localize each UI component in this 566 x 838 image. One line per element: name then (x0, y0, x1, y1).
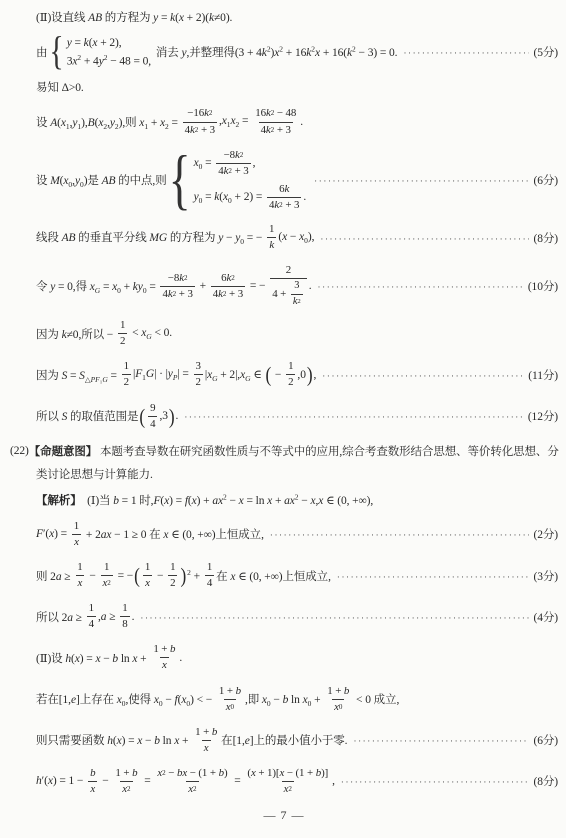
math-text: y0 = k(x0 + 2) = (194, 191, 265, 204)
fraction: 94 (148, 402, 157, 431)
line-19: 则只需要函数 h(x) = x − b ln x + 1 + bx在[1,e]上… (10, 726, 558, 755)
document-page: (Ⅱ)设直线 AB 的方程为 y = k(x + 2)(k≠0).由{y = k… (0, 0, 566, 825)
denominator: 8 (120, 616, 129, 631)
numerator: 1 + b (113, 767, 139, 781)
fraction: 12 (118, 319, 127, 348)
denominator: 2 (194, 374, 203, 389)
score-label: (6分) (533, 732, 558, 748)
numerator: 3 (292, 280, 301, 293)
fraction: 6k4k2 + 3 (267, 183, 301, 212)
math-text: ,x1x2 = (219, 115, 251, 128)
bold-label: 【解析】 (36, 492, 82, 508)
left-brace-icon: { (169, 147, 191, 214)
numerator: 1 + b (151, 643, 177, 657)
line-13: 【解析】 (Ⅰ)当 b = 1 时,F(x) = f(x) + ax2 − x … (10, 492, 558, 508)
fraction: 1 + bx0 (217, 685, 243, 714)
math-text: . (309, 280, 312, 292)
denominator: x (72, 534, 81, 549)
dot-leader: ········································… (320, 234, 529, 244)
denominator: x2 (101, 575, 113, 590)
left-brace-icon: { (49, 32, 63, 73)
fraction: 3k2 (291, 280, 303, 308)
math-text: − (272, 369, 284, 381)
equation-system: {x0 = −8k24k2 + 3,y0 = k(x0 + 2) = 6k4k2… (169, 149, 307, 212)
line-12: 类讨论思想与计算能力. (10, 466, 558, 482)
score-label: (10分) (528, 278, 558, 294)
math-text: , (332, 775, 335, 787)
denominator: x (160, 657, 169, 672)
numerator: 9 (148, 402, 157, 416)
math-text: 4 + (272, 288, 289, 301)
denominator: 4k2 + 3 (259, 122, 293, 137)
math-text: 因为 S = S△PF₁G = (36, 367, 120, 383)
math-text: 则 2a ≥ (36, 568, 73, 584)
fraction: 1 + bx0 (325, 685, 351, 714)
denominator: 2 (286, 374, 295, 389)
big-paren: ( (265, 364, 271, 386)
system-row: y = k(x + 2), (67, 37, 122, 49)
system-row: y0 = k(x0 + 2) = 6k4k2 + 3. (194, 183, 307, 212)
denominator: x (202, 740, 211, 755)
math-text: < 0 成立, (353, 691, 399, 707)
numerator: (x + 1)[x − (1 + b)] (245, 767, 330, 781)
denominator: x0 (224, 699, 236, 714)
fraction: 1x (75, 561, 84, 590)
numerator: 1 (102, 561, 111, 575)
fraction: 1k (267, 223, 276, 252)
equation-system: {y = k(x + 2),3x2 + 4y2 − 48 = 0, (49, 37, 151, 67)
big-paren: ( (134, 565, 140, 587)
fraction: 12 (168, 561, 177, 590)
fraction: 1 + bx (151, 643, 177, 672)
denominator: 4k2 + 3 (160, 286, 194, 301)
big-paren: ) (180, 565, 186, 587)
numerator: 6k (277, 183, 291, 197)
math-text: − (154, 570, 166, 582)
numerator: 2 (284, 264, 293, 278)
math-text: 令 y = 0,得 xG = x0 + ky0 = (36, 278, 158, 294)
math-text: 则只需要函数 h(x) = x − b ln x + (36, 732, 191, 748)
numerator: 1 (205, 561, 214, 575)
dot-leader: ········································… (318, 282, 524, 292)
math-text: . (300, 116, 303, 128)
dot-leader: ········································… (322, 371, 524, 381)
fraction: 6k24k2 + 3 (211, 272, 245, 301)
math-text: 本题考查导数在研究函数性质与不等式中的应用,综合考查数形结合思想、等价转化思想、… (97, 443, 559, 459)
math-text: 在 x ∈ (0, +∞)上恒成立, (216, 568, 331, 584)
math-text: < xG < 0. (129, 327, 172, 340)
numerator: 1 (168, 561, 177, 575)
big-paren: ) (169, 405, 175, 427)
line-9: 因为 S = S△PF₁G = 12|F1G| · |yP| = 32|xG +… (10, 360, 558, 389)
fraction: 1x2 (101, 561, 113, 590)
math-text: . (132, 611, 135, 623)
math-text: (Ⅰ)当 b = 1 时,F(x) = f(x) + ax2 − x = ln … (82, 492, 374, 508)
line-3: 易知 Δ>0. (10, 79, 558, 95)
fraction: 32 (194, 360, 203, 389)
score-label: (6分) (533, 172, 558, 188)
page-footer: — 7 — (10, 808, 558, 823)
math-text: = − (115, 570, 133, 582)
numerator: 3 (194, 360, 203, 374)
math-text: ,0 (297, 369, 305, 381)
bold-label: 【命题意图】 (29, 443, 97, 459)
score-label: (4分) (533, 609, 558, 625)
fraction: −8k24k2 + 3 (216, 149, 250, 178)
denominator: k2 (291, 294, 303, 308)
dot-leader: ········································… (314, 176, 529, 186)
math-text: 若在[1,e]上存在 x0,使得 x0 − f(x0) < − (36, 691, 215, 707)
system-row: x0 = −8k24k2 + 3, (194, 149, 256, 178)
math-text: |xG + 2|,xG ∈ (205, 367, 265, 382)
fraction: 16k2 − 484k2 + 3 (253, 107, 298, 136)
denominator: 4k2 + 3 (211, 286, 245, 301)
system-rows: x0 = −8k24k2 + 3,y0 = k(x0 + 2) = 6k4k2 … (194, 149, 307, 212)
numerator: 16k2 − 48 (253, 107, 298, 121)
math-text: 消去 y,并整理得(3 + 4k2)x2 + 16k2x + 16(k2 − 3… (153, 44, 397, 60)
denominator: x (76, 575, 85, 590)
numerator: −8k2 (222, 149, 246, 163)
math-text: . (303, 191, 306, 203)
numerator: 1 (143, 561, 152, 575)
dot-leader: ········································… (337, 572, 530, 582)
numerator: 1 (75, 561, 84, 575)
fraction: (x + 1)[x − (1 + b)]x2 (245, 767, 330, 796)
numerator: 1 (87, 602, 96, 616)
denominator: 2 (118, 333, 127, 348)
fraction: 1x (143, 561, 152, 590)
denominator: 4 + 3k2 (270, 278, 307, 308)
math-text: 所以 2a ≥ (36, 609, 85, 625)
line-20: h′(x) = 1 − bx − 1 + bx2 = x2 − bx − (1 … (10, 767, 558, 796)
math-text: , (253, 157, 256, 169)
math-text: (x − x0), (278, 231, 314, 244)
fraction: 14 (205, 561, 214, 590)
fraction: 24 + 3k2 (270, 264, 307, 308)
math-text: ,a ≥ (98, 611, 118, 623)
score-label: (8分) (533, 230, 558, 246)
math-text: − (99, 775, 111, 787)
dot-leader: ········································… (353, 736, 529, 746)
line-18: 若在[1,e]上存在 x0,使得 x0 − f(x0) < − 1 + bx0,… (10, 685, 558, 714)
score-label: (8分) (533, 773, 558, 789)
math-text: + (197, 280, 209, 292)
line-16: 所以 2a ≥ 14,a ≥ 18.······················… (10, 602, 558, 631)
denominator: x2 (120, 781, 132, 796)
math-text: x0 = (194, 157, 215, 170)
numerator: 1 + b (325, 685, 351, 699)
line-6: 线段 AB 的垂直平分线 MG 的方程为 y − y0 = − 1k(x − x… (10, 223, 558, 252)
denominator: 4k2 + 3 (183, 122, 217, 137)
fraction: −16k24k2 + 3 (183, 107, 217, 136)
score-label: (3分) (533, 568, 558, 584)
line-5: 设 M(x0,y0)是 AB 的中点,则{x0 = −8k24k2 + 3,y0… (10, 149, 558, 212)
line-14: F′(x) = 1x + 2ax − 1 ≥ 0 在 x ∈ (0, +∞)上恒… (10, 520, 558, 549)
numerator: 6k2 (219, 272, 237, 286)
numerator: b (88, 767, 97, 781)
denominator: 2 (122, 374, 131, 389)
dot-leader: ········································… (341, 777, 530, 787)
big-paren: ( (139, 405, 145, 427)
line-4: 设 A(x1,y1),B(x2,y2),则 x1 + x2 = −16k24k2… (10, 107, 558, 136)
math-text: 所以 S 的取值范围是 (36, 408, 138, 424)
numerator: 1 (72, 520, 81, 534)
fraction: −8k24k2 + 3 (160, 272, 194, 301)
dot-leader: ········································… (270, 530, 530, 540)
math-text: ,3 (159, 410, 167, 422)
denominator: x2 (282, 781, 294, 796)
math-text: 设 M(x0,y0)是 AB 的中点,则 (36, 172, 167, 188)
numerator: 1 (267, 223, 276, 237)
denominator: 2 (168, 575, 177, 590)
denominator: x0 (332, 699, 344, 714)
score-label: (12分) (528, 408, 558, 424)
line-11: (22)【命题意图】 本题考查导数在研究函数性质与不等式中的应用,综合考查数形结… (10, 443, 558, 459)
numerator: 1 + b (217, 685, 243, 699)
math-text: 3x2 + 4y2 − 48 = 0, (67, 54, 151, 67)
math-text: 2 + (187, 569, 203, 582)
score-label: (5分) (533, 44, 558, 60)
denominator: 4k2 + 3 (267, 197, 301, 212)
math-text: 易知 Δ>0. (36, 79, 84, 95)
system-row: 3x2 + 4y2 − 48 = 0, (67, 54, 151, 67)
fraction: x2 − bx − (1 + b)x2 (155, 767, 229, 796)
line-8: 因为 k≠0,所以 − 12 < xG < 0. (10, 319, 558, 348)
denominator: x (88, 781, 97, 796)
line-7: 令 y = 0,得 xG = x0 + ky0 = −8k24k2 + 3 + … (10, 264, 558, 308)
math-text: 在[1,e]上的最小值小于零. (221, 732, 347, 748)
denominator: 4 (148, 416, 157, 431)
math-text: (22) (10, 445, 29, 457)
line-1: (Ⅱ)设直线 AB 的方程为 y = k(x + 2)(k≠0). (10, 9, 558, 25)
solution-text-block: (Ⅱ)设直线 AB 的方程为 y = k(x + 2)(k≠0).由{y = k… (10, 9, 558, 796)
dot-leader: ········································… (140, 613, 529, 623)
score-label: (2分) (533, 526, 558, 542)
line-10: 所以 S 的取值范围是(94,3).······················… (10, 402, 558, 431)
math-text: + 2ax − 1 ≥ 0 在 x ∈ (0, +∞)上恒成立, (83, 526, 264, 542)
denominator: 4 (205, 575, 214, 590)
math-text: 设 A(x1,y1),B(x2,y2),则 x1 + x2 = (36, 114, 181, 130)
math-text: (Ⅱ)设直线 AB 的方程为 y = k(x + 2)(k≠0). (36, 9, 232, 25)
math-text: (Ⅱ)设 h(x) = x − b ln x + (36, 650, 149, 666)
numerator: −16k2 (185, 107, 214, 121)
math-text: h′(x) = 1 − (36, 775, 86, 787)
math-text: y = k(x + 2), (67, 37, 122, 49)
score-label: (11分) (528, 367, 558, 383)
math-text: F′(x) = (36, 528, 70, 540)
math-text: |F1G| · |yP| = (133, 368, 192, 381)
fraction: 1x (72, 520, 81, 549)
denominator: x (143, 575, 152, 590)
fraction: 12 (122, 360, 131, 389)
denominator: 4k2 + 3 (216, 163, 250, 178)
denominator: 4 (87, 616, 96, 631)
math-text: , (314, 369, 317, 381)
math-text: 由 (36, 44, 47, 60)
fraction: 12 (286, 360, 295, 389)
system-rows: y = k(x + 2),3x2 + 4y2 − 48 = 0, (67, 37, 151, 67)
dot-leader: ········································… (184, 412, 524, 422)
numerator: 1 (286, 360, 295, 374)
numerator: 1 (120, 602, 129, 616)
math-text: . (179, 652, 182, 664)
math-text: 因为 k≠0,所以 − (36, 326, 116, 342)
numerator: 1 (118, 319, 127, 333)
denominator: k (267, 237, 276, 252)
math-text: 线段 AB 的垂直平分线 MG 的方程为 y − y0 = − (36, 229, 265, 245)
math-text: = (141, 775, 153, 787)
numerator: −8k2 (166, 272, 190, 286)
math-text: = − (247, 280, 268, 292)
numerator: x2 − bx − (1 + b) (155, 767, 229, 781)
fraction: 14 (87, 602, 96, 631)
line-17: (Ⅱ)设 h(x) = x − b ln x + 1 + bx. (10, 643, 558, 672)
fraction: 18 (120, 602, 129, 631)
line-15: 则 2a ≥ 1x − 1x2 = −(1x − 12)2 + 14在 x ∈ … (10, 561, 558, 590)
numerator: 1 + b (193, 726, 219, 740)
math-text: ,即 x0 − b ln x0 + (245, 691, 323, 707)
math-text: − (87, 570, 99, 582)
math-text: . (176, 410, 179, 422)
fraction: bx (88, 767, 97, 796)
dot-leader: ········································… (403, 48, 529, 58)
line-2: 由{y = k(x + 2),3x2 + 4y2 − 48 = 0, 消去 y,… (10, 37, 558, 67)
fraction: 1 + bx (193, 726, 219, 755)
denominator: x2 (186, 781, 198, 796)
math-text: = (231, 775, 243, 787)
fraction: 1 + bx2 (113, 767, 139, 796)
numerator: 1 (122, 360, 131, 374)
big-paren: ) (307, 364, 313, 386)
page-number: — 7 — (264, 808, 305, 822)
math-text: 类讨论思想与计算能力. (36, 466, 153, 482)
